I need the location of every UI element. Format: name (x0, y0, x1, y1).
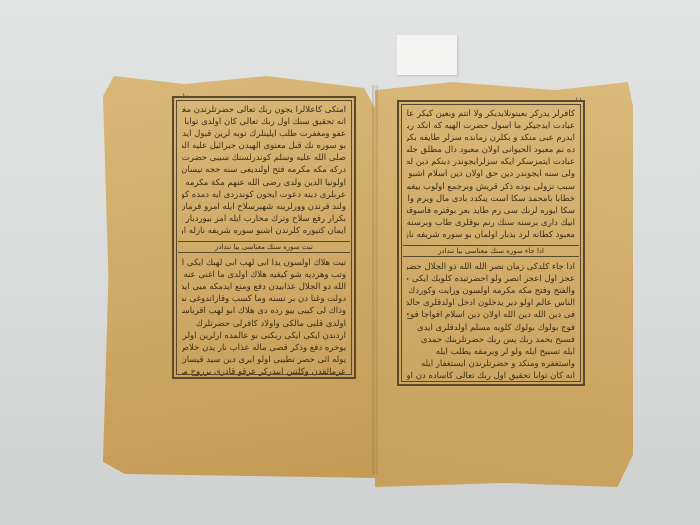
paper-tag (397, 35, 457, 75)
text-line: انه كان توابا تحقيق اول ربك تعالى كاساده… (407, 370, 575, 382)
text-line: الناس عالم اولو دير يدخلون ادخل اولدقلرى… (407, 297, 575, 309)
text-line: دركه مكه مكرمه فتح اولنديغى سنه حجه نيسا… (182, 164, 346, 176)
text-line: كافرلر يدركر بعينونلابديكر ولا انتم وبعي… (407, 108, 575, 120)
text-line: ولند قرندن وورلرينه شهيرسلاح ايله امرو ف… (182, 201, 346, 213)
left-section-heading: تبت سوره سنك معناسى بيا نندادر (178, 241, 350, 253)
text-line: وذاك لى كيبى بيو رده دى هلاك ابو لهب اقر… (182, 305, 346, 317)
text-line: عبادت ايتمزسكر ايكه سزلرايجوندر دينكم دي… (407, 156, 575, 168)
text-line: سكا ايوره لرنك سى رم طايد بعر بوقتره فاس… (407, 205, 575, 217)
text-line: فسبح بحمد ربك پس ربك حضرتلرينك حمدى (407, 334, 575, 346)
text-line: خطابا بامحمد سكا است يبكدد بادى مال ويرم… (407, 193, 575, 205)
text-line: صلى الله عليه وسلم كوندرلسنك سببى حضرت ع… (182, 152, 346, 164)
text-line: فى دين الله دين الله اولان دين اسلام افو… (407, 309, 575, 321)
left-text-frame: امتكى كاعلالرا يجون ربك تعالى حضرتلرندن … (172, 96, 356, 379)
text-line: عبادت ايدجيكر ما اسول حضرت الهيه كه انكد… (407, 120, 575, 132)
text-line: عربلرى دينه دعوت ايجون كوندردى ايه دمده … (182, 189, 346, 201)
text-line: بو سوره نك قبل معنوى الهيدن جبرائيل عليه… (182, 140, 346, 152)
text-line: ايمان كتيوره كلرندن اشبو سوره شريفه نازل… (182, 225, 346, 237)
text-line: امتكى كاعلالرا يجون ربك تعالى حضرتلرندن … (182, 104, 346, 116)
right-upper-text: كافرلر يدركر بعينونلابديكر ولا انتم وبعي… (407, 108, 575, 241)
text-line: فوج بولوك بولوك كلوبه مسلم اولدقلرى ايدى (407, 322, 575, 334)
text-line: اولونيا الدين ولدى رضى الله عنهم مكة مكر… (182, 177, 346, 189)
text-line: واستغفره ومنكد و حضرتلرندن ايستغفار ايله (407, 358, 575, 370)
text-line: عرمالقدن وكلتنن ايبدركر عرقو قادرى برروح… (182, 366, 346, 378)
text-line: ايدرم عبى منكد و بكلرن زمانده سزلر طايفه… (407, 132, 575, 144)
text-line: تبت هلاك اولسون يدا ابى لهب ابى لهبك ايك… (182, 257, 346, 269)
text-line: بوخره دفع وذكر قصى ماله عذاب نار يدن خلا… (182, 342, 346, 354)
text-line: والفتح وفتح مكه مكرمه اولسون ورايت وكورد… (407, 285, 575, 297)
text-line: بكرار رفع سلاح وترك محارب ايله امر بيورد… (182, 213, 346, 225)
text-line: اذا جاء كلدكى زمان نصر الله الله ذو الجل… (407, 261, 575, 273)
book-gutter (372, 85, 378, 475)
text-line: يوله ائى حصر تطيبى اولو ايرى دين سيد قيس… (182, 354, 346, 366)
text-line: ده نم معبود الحيوانى اولان معبود دال مطل… (407, 144, 575, 156)
text-line: ايله تسبيح ايله ولو لر وبرمقه يطلب ايله (407, 346, 575, 358)
left-lower-text: تبت هلاك اولسون يدا ابى لهب ابى لهبك ايك… (182, 257, 346, 378)
left-upper-text: امتكى كاعلالرا يجون ربك تعالى حضرتلرندن … (182, 104, 346, 237)
text-line: اولدى قلبى مالكى واولاد كافرلى حضرتلرك (182, 318, 346, 330)
text-line: ابيك دارى برسنه سنك رنم بوقلرى طاب وبرسن… (407, 217, 575, 229)
text-line: عفو ومغفرت طلب ايلينلرك توبه لرين قبول ا… (182, 128, 346, 140)
text-line: الله دو الجلال عذابيدن دفع ومنع ايدمكه م… (182, 281, 346, 293)
text-line: انه تحقيق سنك اول ربك تعالى كان اولدى تو… (182, 116, 346, 128)
text-line: اردندن ايكى ايكى ربكنى بو عالمده ارلرين … (182, 330, 346, 342)
text-line: عجز اول اعجز انصر ولو احضرتيده كلوبك ايك… (407, 273, 575, 285)
text-line: دولت وغنا دن بر نسنه وما كسب وقازاندوغى … (182, 293, 346, 305)
text-line: سبب نزولى بوده ذكر قريش وبرجمع اولوب بيغ… (407, 181, 575, 193)
text-line: وتب وهرديه شو كيفيه هلاك اولدى ما اغنى ع… (182, 269, 346, 281)
right-text-frame: كافرلر يدركر بعينونلابديكر ولا انتم وبعي… (397, 100, 585, 386)
text-line: معبود كطانه لرد بذبار اولمان بو سوره شري… (407, 229, 575, 241)
right-section-heading: اذا جاء سوره سنك معناسى بيا نندادر (403, 245, 579, 257)
text-line: ولى سنه ايجوندر دين حق اولان دين اسلام ا… (407, 168, 575, 180)
right-lower-text: اذا جاء كلدكى زمان نصر الله الله ذو الجل… (407, 261, 575, 382)
